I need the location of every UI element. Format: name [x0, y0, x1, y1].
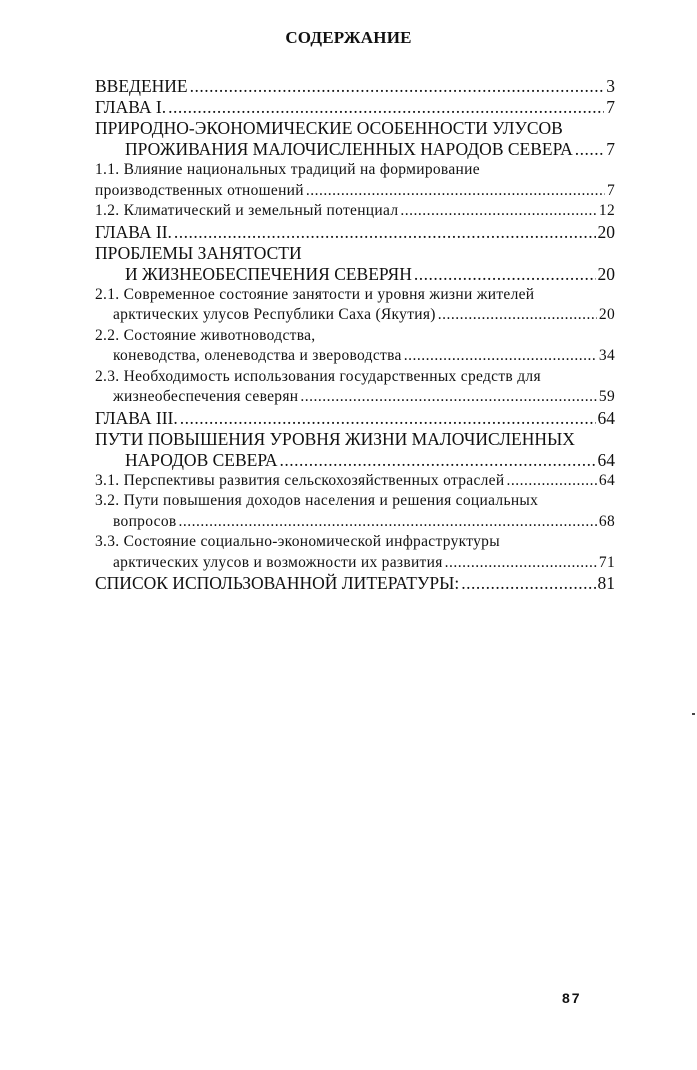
toc-entry-title: ПРОЖИВАНИЯ МАЛОЧИСЛЕННЫХ НАРОДОВ СЕВЕРА — [125, 139, 573, 160]
toc-line: ПРОЖИВАНИЯ МАЛОЧИСЛЕННЫХ НАРОДОВ СЕВЕРА7 — [95, 139, 615, 160]
toc-page-number: 64 — [599, 471, 615, 492]
toc-entry-title: арктических улусов и возможности их разв… — [113, 553, 443, 574]
toc-page-number: 59 — [599, 387, 615, 408]
toc-line: 3.1. Перспективы развития сельскохозяйст… — [95, 471, 615, 492]
dot-leader — [174, 222, 596, 243]
toc-entry-title: производственных отношений — [95, 181, 304, 202]
toc-line: 1.1. Влияние национальных традиций на фо… — [95, 160, 615, 181]
dot-leader — [575, 139, 605, 160]
toc-line: ГЛАВА I.7 — [95, 97, 615, 118]
toc-entry[interactable]: 1.2. Климатический и земельный потенциал… — [95, 201, 615, 222]
toc-line: 3.3. Состояние социально-экономической и… — [95, 532, 615, 553]
toc-entry-title: жизнеобеспечения северян — [113, 387, 298, 408]
toc-entry-title: ПРИРОДНО-ЭКОНОМИЧЕСКИЕ ОСОБЕННОСТИ УЛУСО… — [95, 118, 563, 139]
toc-entry-title: 3.1. Перспективы развития сельскохозяйст… — [95, 471, 504, 492]
toc-entry[interactable]: 2.1. Современное состояние занятости и у… — [95, 285, 615, 326]
toc-entry-title: 3.2. Пути повышения доходов населения и … — [95, 491, 538, 512]
dot-leader — [461, 573, 595, 594]
toc-line: ПРИРОДНО-ЭКОНОМИЧЕСКИЕ ОСОБЕННОСТИ УЛУСО… — [95, 118, 615, 139]
dot-leader — [279, 450, 595, 471]
toc-entry[interactable]: 1.1. Влияние национальных традиций на фо… — [95, 160, 615, 201]
toc-entry-title: вопросов — [113, 512, 177, 533]
dot-leader — [180, 408, 596, 429]
toc-entry-title: ПУТИ ПОВЫШЕНИЯ УРОВНЯ ЖИЗНИ МАЛОЧИСЛЕННЫ… — [95, 429, 575, 450]
toc-line: коневодства, оленеводства и звероводства… — [95, 346, 615, 367]
toc-entry-title: СПИСОК ИСПОЛЬЗОВАННОЙ ЛИТЕРАТУРЫ: — [95, 573, 459, 594]
toc-entry-title: коневодства, оленеводства и звероводства — [113, 346, 402, 367]
dot-leader — [438, 305, 597, 326]
toc-page-number: 7 — [607, 181, 615, 202]
toc-entry-title: ВВЕДЕНИЕ — [95, 76, 188, 97]
toc-line: 2.3. Необходимость использования государ… — [95, 367, 615, 388]
toc-entry-title: НАРОДОВ СЕВЕРА — [125, 450, 277, 471]
dot-leader — [445, 553, 597, 574]
toc-page-number: 81 — [598, 573, 616, 594]
toc-line: И ЖИЗНЕОБЕСПЕЧЕНИЯ СЕВЕРЯН20 — [95, 264, 615, 285]
toc-entry-title: 1.1. Влияние национальных традиций на фо… — [95, 160, 480, 181]
toc-entry-title: 2.3. Необходимость использования государ… — [95, 367, 541, 388]
dot-leader — [414, 264, 596, 285]
toc-line: НАРОДОВ СЕВЕРА64 — [95, 450, 615, 471]
toc-line: производственных отношений7 — [95, 181, 615, 202]
toc-page-number: 64 — [598, 408, 616, 429]
toc-line: ПУТИ ПОВЫШЕНИЯ УРОВНЯ ЖИЗНИ МАЛОЧИСЛЕННЫ… — [95, 429, 615, 450]
toc-entry[interactable]: 2.3. Необходимость использования государ… — [95, 367, 615, 408]
toc-entry-title: ГЛАВА II. — [95, 222, 172, 243]
toc-line: ГЛАВА II.20 — [95, 222, 615, 243]
toc-entry[interactable]: ВВЕДЕНИЕ3 — [95, 76, 615, 97]
dot-leader — [300, 387, 597, 408]
toc-page-number: 3 — [606, 76, 615, 97]
toc-page-number: 7 — [606, 139, 615, 160]
toc-line: ГЛАВА III.64 — [95, 408, 615, 429]
table-of-contents: ВВЕДЕНИЕ3ГЛАВА I.7ПРИРОДНО-ЭКОНОМИЧЕСКИЕ… — [95, 76, 615, 594]
toc-line: 1.2. Климатический и земельный потенциал… — [95, 201, 615, 222]
toc-entry-title: ПРОБЛЕМЫ ЗАНЯТОСТИ — [95, 243, 302, 264]
toc-entry[interactable]: 3.2. Пути повышения доходов населения и … — [95, 491, 615, 532]
toc-page-number: 34 — [599, 346, 615, 367]
toc-line: вопросов68 — [95, 512, 615, 533]
toc-page-number: 20 — [598, 264, 616, 285]
toc-entry-title: 3.3. Состояние социально-экономической и… — [95, 532, 500, 553]
toc-entry[interactable]: ГЛАВА III.64 — [95, 408, 615, 429]
dot-leader — [179, 512, 597, 533]
toc-line: 3.2. Пути повышения доходов населения и … — [95, 491, 615, 512]
toc-entry-title: 2.1. Современное состояние занятости и у… — [95, 285, 534, 306]
dot-leader — [190, 76, 605, 97]
toc-entry[interactable]: ГЛАВА I.7 — [95, 97, 615, 118]
toc-line: жизнеобеспечения северян59 — [95, 387, 615, 408]
toc-line: ВВЕДЕНИЕ3 — [95, 76, 615, 97]
page-title: СОДЕРЖАНИЕ — [0, 28, 697, 48]
dot-leader — [506, 471, 596, 492]
toc-page-number: 7 — [606, 97, 615, 118]
dot-leader — [306, 181, 605, 202]
toc-entry-title: ГЛАВА III. — [95, 408, 178, 429]
toc-entry-title: И ЖИЗНЕОБЕСПЕЧЕНИЯ СЕВЕРЯН — [125, 264, 412, 285]
toc-page-number: 71 — [599, 553, 615, 574]
toc-entry[interactable]: ПРОБЛЕМЫ ЗАНЯТОСТИИ ЖИЗНЕОБЕСПЕЧЕНИЯ СЕВ… — [95, 243, 615, 285]
dot-leader — [404, 346, 597, 367]
toc-line: 2.2. Состояние животноводства, — [95, 326, 615, 347]
toc-line: 2.1. Современное состояние занятости и у… — [95, 285, 615, 306]
toc-entry-title: 2.2. Состояние животноводства, — [95, 326, 315, 347]
toc-line: ПРОБЛЕМЫ ЗАНЯТОСТИ — [95, 243, 615, 264]
toc-page-number: 64 — [598, 450, 616, 471]
toc-page-number: 12 — [599, 201, 615, 222]
page-number: 87 — [562, 990, 582, 1006]
toc-page-number: 20 — [599, 305, 615, 326]
toc-page-number: 20 — [598, 222, 616, 243]
dot-leader — [168, 97, 604, 118]
toc-entry[interactable]: ГЛАВА II.20 — [95, 222, 615, 243]
toc-line: арктических улусов Республики Саха (Якут… — [95, 305, 615, 326]
toc-entry[interactable]: ПУТИ ПОВЫШЕНИЯ УРОВНЯ ЖИЗНИ МАЛОЧИСЛЕННЫ… — [95, 429, 615, 471]
toc-page-number: 68 — [599, 512, 615, 533]
toc-entry-title: арктических улусов Республики Саха (Якут… — [113, 305, 436, 326]
toc-entry-title: ГЛАВА I. — [95, 97, 166, 118]
toc-entry[interactable]: ПРИРОДНО-ЭКОНОМИЧЕСКИЕ ОСОБЕННОСТИ УЛУСО… — [95, 118, 615, 160]
toc-entry[interactable]: 2.2. Состояние животноводства,коневодств… — [95, 326, 615, 367]
toc-entry[interactable]: 3.3. Состояние социально-экономической и… — [95, 532, 615, 573]
toc-line: СПИСОК ИСПОЛЬЗОВАННОЙ ЛИТЕРАТУРЫ:81 — [95, 573, 615, 594]
toc-entry[interactable]: 3.1. Перспективы развития сельскохозяйст… — [95, 471, 615, 492]
toc-entry-title: 1.2. Климатический и земельный потенциал — [95, 201, 398, 222]
toc-line: арктических улусов и возможности их разв… — [95, 553, 615, 574]
scan-speck — [692, 713, 695, 715]
toc-entry[interactable]: СПИСОК ИСПОЛЬЗОВАННОЙ ЛИТЕРАТУРЫ:81 — [95, 573, 615, 594]
dot-leader — [400, 201, 597, 222]
